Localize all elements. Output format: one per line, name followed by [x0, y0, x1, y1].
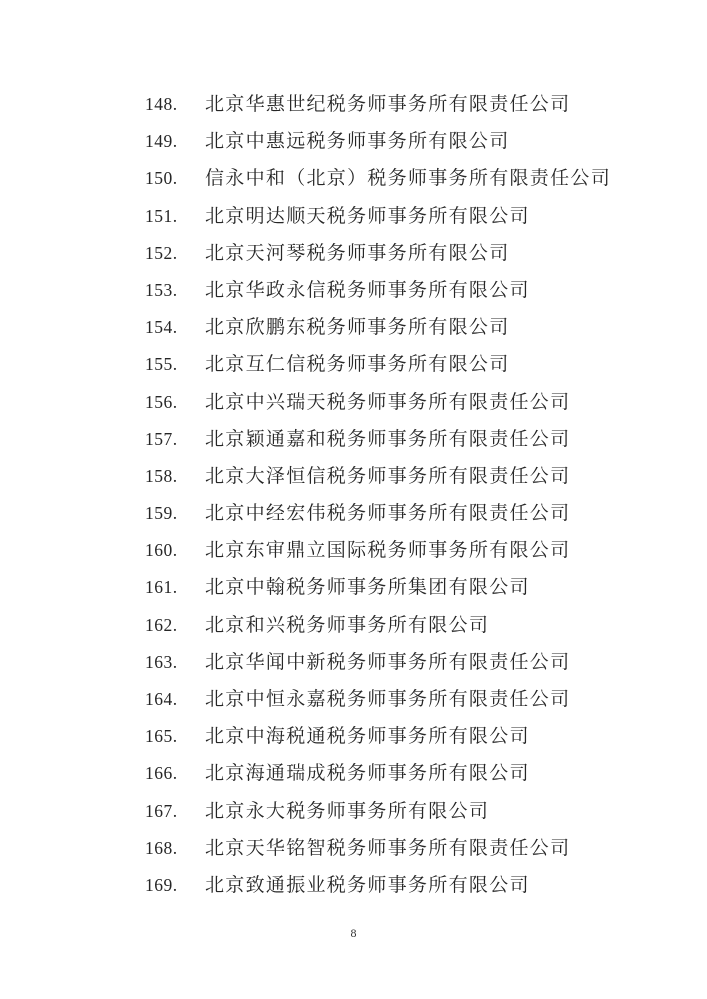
list-item: 164. 北京中恒永嘉税务师事务所有限责任公司 [145, 681, 687, 718]
item-number: 155. [145, 346, 205, 383]
item-number: 148. [145, 86, 205, 123]
company-name: 北京永大税务师事务所有限公司 [205, 793, 489, 830]
item-number: 165. [145, 718, 205, 755]
company-name: 北京致通振业税务师事务所有限公司 [205, 867, 530, 904]
item-number: 154. [145, 309, 205, 346]
company-name: 北京明达顺天税务师事务所有限公司 [205, 198, 530, 235]
company-name: 北京华惠世纪税务师事务所有限责任公司 [205, 86, 570, 123]
list-item: 162. 北京和兴税务师事务所有限公司 [145, 607, 687, 644]
list-item: 166. 北京海通瑞成税务师事务所有限公司 [145, 755, 687, 792]
item-number: 152. [145, 235, 205, 272]
list-item: 154. 北京欣鹏东税务师事务所有限公司 [145, 309, 687, 346]
company-name: 北京天河琴税务师事务所有限公司 [205, 235, 510, 272]
item-number: 151. [145, 198, 205, 235]
company-name: 北京华政永信税务师事务所有限公司 [205, 272, 530, 309]
company-name: 北京中翰税务师事务所集团有限公司 [205, 569, 530, 606]
company-name: 北京和兴税务师事务所有限公司 [205, 607, 489, 644]
company-name: 北京中兴瑞天税务师事务所有限责任公司 [205, 384, 570, 421]
company-name: 北京欣鹏东税务师事务所有限公司 [205, 309, 510, 346]
list-item: 167. 北京永大税务师事务所有限公司 [145, 793, 687, 830]
list-item: 158. 北京大泽恒信税务师事务所有限责任公司 [145, 458, 687, 495]
list-item: 168. 北京天华铭智税务师事务所有限责任公司 [145, 830, 687, 867]
company-name: 北京大泽恒信税务师事务所有限责任公司 [205, 458, 570, 495]
item-number: 159. [145, 495, 205, 532]
list-item: 148. 北京华惠世纪税务师事务所有限责任公司 [145, 86, 687, 123]
company-name: 北京颖通嘉和税务师事务所有限责任公司 [205, 421, 570, 458]
item-number: 156. [145, 384, 205, 421]
list-item: 157. 北京颖通嘉和税务师事务所有限责任公司 [145, 421, 687, 458]
company-name: 北京华闻中新税务师事务所有限责任公司 [205, 644, 570, 681]
company-name: 北京中恒永嘉税务师事务所有限责任公司 [205, 681, 570, 718]
item-number: 158. [145, 458, 205, 495]
company-name: 信永中和（北京）税务师事务所有限责任公司 [205, 160, 611, 197]
item-number: 153. [145, 272, 205, 309]
list-item: 151. 北京明达顺天税务师事务所有限公司 [145, 198, 687, 235]
company-name: 北京中海税通税务师事务所有限公司 [205, 718, 530, 755]
list-item: 156. 北京中兴瑞天税务师事务所有限责任公司 [145, 384, 687, 421]
company-list: 148. 北京华惠世纪税务师事务所有限责任公司 149. 北京中惠远税务师事务所… [145, 86, 687, 904]
company-name: 北京海通瑞成税务师事务所有限公司 [205, 755, 530, 792]
list-item: 161. 北京中翰税务师事务所集团有限公司 [145, 569, 687, 606]
company-name: 北京天华铭智税务师事务所有限责任公司 [205, 830, 570, 867]
list-item: 163. 北京华闻中新税务师事务所有限责任公司 [145, 644, 687, 681]
item-number: 162. [145, 607, 205, 644]
list-item: 160. 北京东审鼎立国际税务师事务所有限公司 [145, 532, 687, 569]
item-number: 169. [145, 867, 205, 904]
page-number: 8 [0, 926, 707, 941]
list-item: 149. 北京中惠远税务师事务所有限公司 [145, 123, 687, 160]
item-number: 167. [145, 793, 205, 830]
list-item: 169. 北京致通振业税务师事务所有限公司 [145, 867, 687, 904]
item-number: 149. [145, 123, 205, 160]
item-number: 164. [145, 681, 205, 718]
company-name: 北京中惠远税务师事务所有限公司 [205, 123, 510, 160]
document-page: 148. 北京华惠世纪税务师事务所有限责任公司 149. 北京中惠远税务师事务所… [0, 0, 707, 999]
list-item: 155. 北京互仁信税务师事务所有限公司 [145, 346, 687, 383]
list-item: 152. 北京天河琴税务师事务所有限公司 [145, 235, 687, 272]
item-number: 160. [145, 532, 205, 569]
item-number: 150. [145, 160, 205, 197]
item-number: 163. [145, 644, 205, 681]
list-item: 165. 北京中海税通税务师事务所有限公司 [145, 718, 687, 755]
list-item: 153. 北京华政永信税务师事务所有限公司 [145, 272, 687, 309]
item-number: 168. [145, 830, 205, 867]
item-number: 161. [145, 569, 205, 606]
list-item: 159. 北京中经宏伟税务师事务所有限责任公司 [145, 495, 687, 532]
item-number: 166. [145, 755, 205, 792]
company-name: 北京中经宏伟税务师事务所有限责任公司 [205, 495, 570, 532]
company-name: 北京互仁信税务师事务所有限公司 [205, 346, 510, 383]
company-name: 北京东审鼎立国际税务师事务所有限公司 [205, 532, 570, 569]
list-item: 150. 信永中和（北京）税务师事务所有限责任公司 [145, 160, 687, 197]
item-number: 157. [145, 421, 205, 458]
